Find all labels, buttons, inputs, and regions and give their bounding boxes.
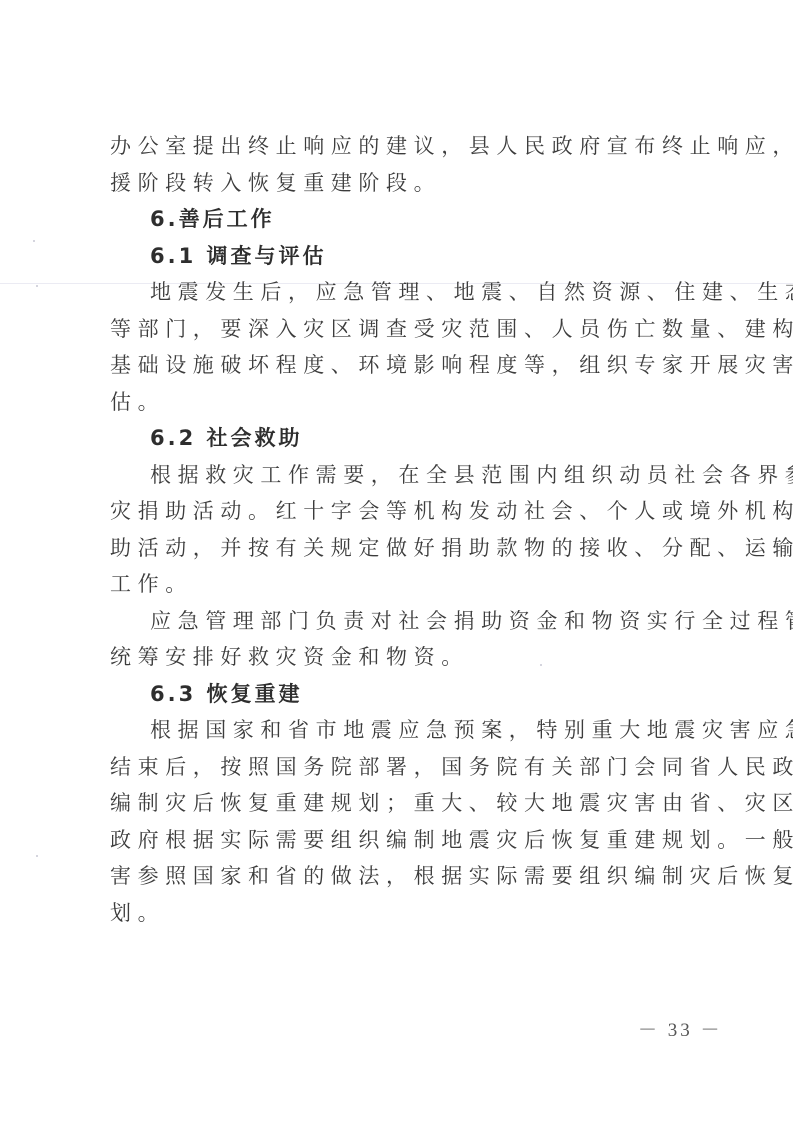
paragraph-line: 估。: [110, 384, 694, 421]
section-heading-6-1: 6.1 调查与评估: [110, 238, 694, 275]
scan-speck: [36, 855, 38, 857]
paragraph-line: 基础设施破坏程度、环境影响程度等，组织专家开展灾害损失评: [110, 347, 694, 384]
paragraph-line: 统筹安排好救灾资金和物资。: [110, 639, 694, 676]
paragraph-line: 地震发生后，应急管理、地震、自然资源、住建、生态环境: [110, 274, 694, 311]
scan-speck: [36, 285, 38, 287]
document-page: 办公室提出终止响应的建议，县人民政府宣布终止响应，应急救 援阶段转入恢复重建阶段…: [0, 0, 793, 1122]
paragraph-line: 害参照国家和省的做法，根据实际需要组织编制灾后恢复重建规: [110, 858, 694, 895]
section-heading-6-3: 6.3 恢复重建: [110, 676, 694, 713]
paragraph-line: 政府根据实际需要组织编制地震灾后恢复重建规划。一般地震灾: [110, 822, 694, 859]
paragraph-line: 助活动，并按有关规定做好捐助款物的接收、分配、运输、发放: [110, 530, 694, 567]
paragraph-line: 编制灾后恢复重建规划；重大、较大地震灾害由省、灾区县人民: [110, 785, 694, 822]
paragraph-line: 根据救灾工作需要，在全县范围内组织动员社会各界参与救: [110, 457, 694, 494]
document-body: 办公室提出终止响应的建议，县人民政府宣布终止响应，应急救 援阶段转入恢复重建阶段…: [110, 128, 694, 931]
paragraph-line: 灾捐助活动。红十字会等机构发动社会、个人或境外机构展开救: [110, 493, 694, 530]
paragraph-line: 援阶段转入恢复重建阶段。: [110, 165, 694, 202]
section-heading-6: 6.善后工作: [110, 201, 694, 238]
scan-speck: [33, 240, 35, 242]
page-number: － 33 －: [638, 1015, 723, 1042]
paragraph-line: 等部门，要深入灾区调查受灾范围、人员伤亡数量、建构筑物和: [110, 311, 694, 348]
paragraph-line: 划。: [110, 895, 694, 932]
paragraph-line: 应急管理部门负责对社会捐助资金和物资实行全过程管理，: [110, 603, 694, 640]
paragraph-line: 办公室提出终止响应的建议，县人民政府宣布终止响应，应急救: [110, 128, 694, 165]
section-heading-6-2: 6.2 社会救助: [110, 420, 694, 457]
paragraph-line: 根据国家和省市地震应急预案，特别重大地震灾害应急处置: [110, 712, 694, 749]
paragraph-line: 结束后，按照国务院部署，国务院有关部门会同省人民政府组织: [110, 749, 694, 786]
paragraph-line: 工作。: [110, 566, 694, 603]
